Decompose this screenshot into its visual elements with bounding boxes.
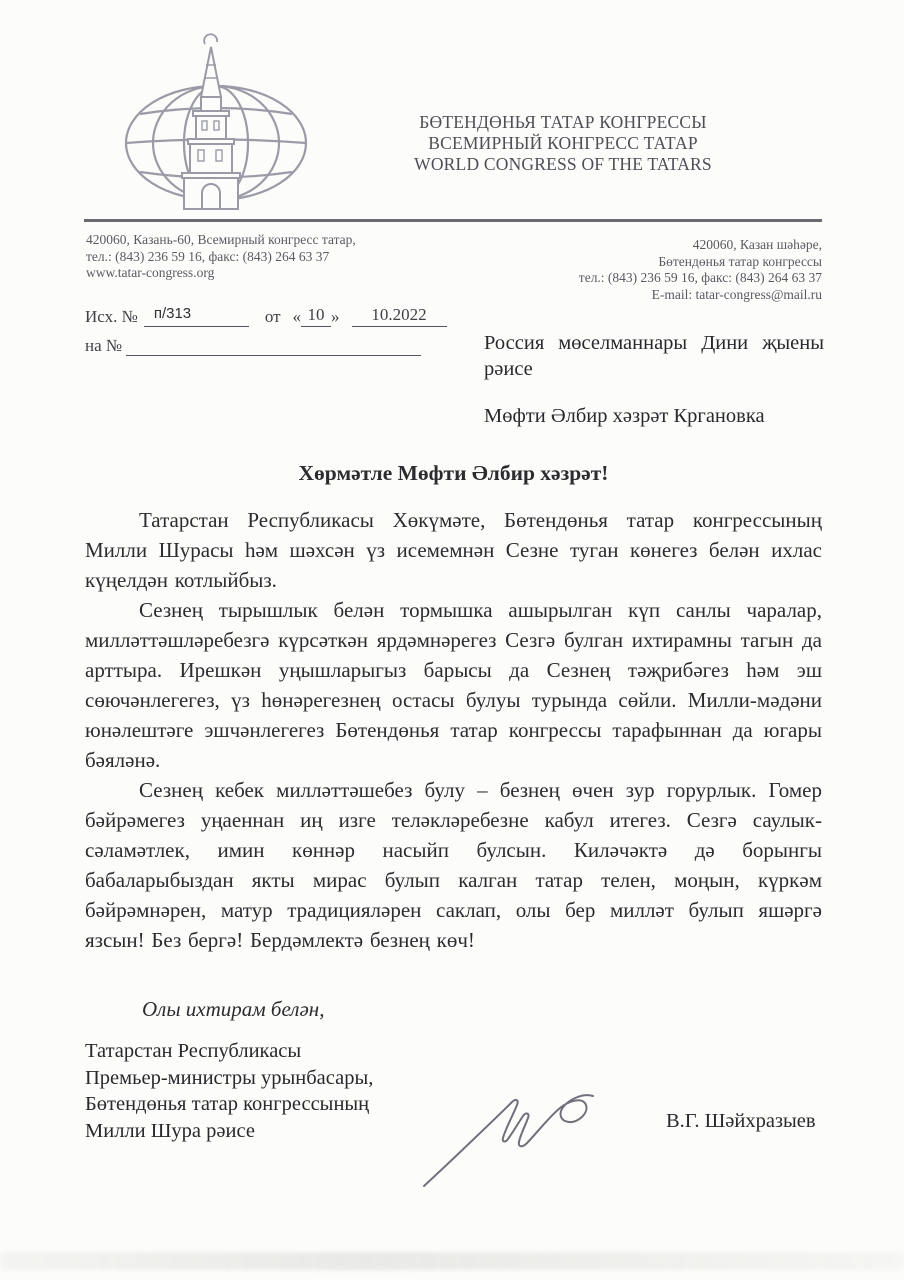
signer-title-line: Милли Шура рәисе <box>85 1118 373 1145</box>
contact-email: E-mail: tatar-congress@mail.ru <box>579 287 822 304</box>
date-value: 10.2022 <box>352 305 447 327</box>
scanned-letter-page: БӨТЕНДӨНЬЯ ТАТАР КОНГРЕССЫ ВСЕМИРНЫЙ КОН… <box>0 0 904 1280</box>
contact-org-line: Бөтендөнья татар конгрессы <box>579 254 822 271</box>
signer-name: В.Г. Шәйхразыев <box>666 1110 816 1133</box>
org-title: БӨТЕНДӨНЬЯ ТАТАР КОНГРЕССЫ ВСЕМИРНЫЙ КОН… <box>388 112 738 175</box>
date-label: от <box>265 307 281 327</box>
soyembika-tower-icon <box>182 34 240 209</box>
contact-phone-line: тел.: (843) 236 59 16, факс: (843) 264 6… <box>579 270 822 287</box>
signature-scribble-icon <box>420 1078 630 1193</box>
signer-title-line: Премьер-министры урынбасары, <box>85 1065 373 1092</box>
recipient-name: Мөфти Әлбир хәзрәт Кргановка <box>484 403 824 429</box>
org-name-tatar: БӨТЕНДӨНЬЯ ТАТАР КОНГРЕССЫ <box>388 112 738 133</box>
contact-website: www.tatar-congress.org <box>86 265 356 282</box>
recipient-title: Россия мөселманнары Дини җыены рәисе <box>484 330 824 382</box>
day-value: 10 <box>301 305 331 327</box>
org-name-russian: ВСЕМИРНЫЙ КОНГРЕСС ТАТАР <box>388 133 738 154</box>
incoming-number-value <box>126 334 421 356</box>
contact-address-line: 420060, Казань-60, Всемирный конгресс та… <box>86 232 356 249</box>
congress-logo <box>98 33 316 225</box>
contact-address-line: 420060, Казан шәһәре, <box>579 237 822 254</box>
outgoing-number-value: п/313 <box>144 305 249 327</box>
letter-body: Татарстан Республикасы Хөкүмәте, Бөтендө… <box>85 505 822 955</box>
incoming-reference-row: на № <box>85 334 421 356</box>
org-name-english: WORLD CONGRESS OF THE TATARS <box>388 154 738 175</box>
scan-artifact <box>0 1252 904 1270</box>
salutation: Хөрмәтле Мөфти Әлбир хәзрәт! <box>85 461 822 486</box>
body-paragraph-2: Сезнең тырышлык белән тормышка ашырылган… <box>85 595 822 775</box>
signer-title-line: Бөтендөнья татар конгрессының <box>85 1091 373 1118</box>
contact-block-left: 420060, Казань-60, Всемирный конгресс та… <box>86 232 356 282</box>
signer-title-line: Татарстан Республикасы <box>85 1038 373 1065</box>
contact-phone-line: тел.: (843) 236 59 16, факс: (843) 264 6… <box>86 249 356 266</box>
signer-title-block: Татарстан Республикасы Премьер-министры … <box>85 1038 373 1144</box>
incoming-number-label: на № <box>85 336 122 356</box>
outgoing-reference-row: Исх. № п/313 от « 10 » 10.2022 <box>85 305 447 327</box>
contact-block-right: 420060, Казан шәһәре, Бөтендөнья татар к… <box>579 237 822 303</box>
day-close-quote: » <box>331 307 340 327</box>
day-open-quote: « <box>293 307 302 327</box>
body-paragraph-1: Татарстан Республикасы Хөкүмәте, Бөтендө… <box>85 505 822 595</box>
recipient-block: Россия мөселманнары Дини җыены рәисе Мөф… <box>484 330 824 429</box>
valediction: Олы ихтирам белән, <box>142 997 324 1022</box>
outgoing-number-label: Исх. № <box>85 307 138 327</box>
crescent-icon <box>204 34 217 44</box>
body-paragraph-3: Сезнең кебек милләттәшебез булу – безнең… <box>85 775 822 955</box>
letterhead-divider <box>84 219 822 222</box>
